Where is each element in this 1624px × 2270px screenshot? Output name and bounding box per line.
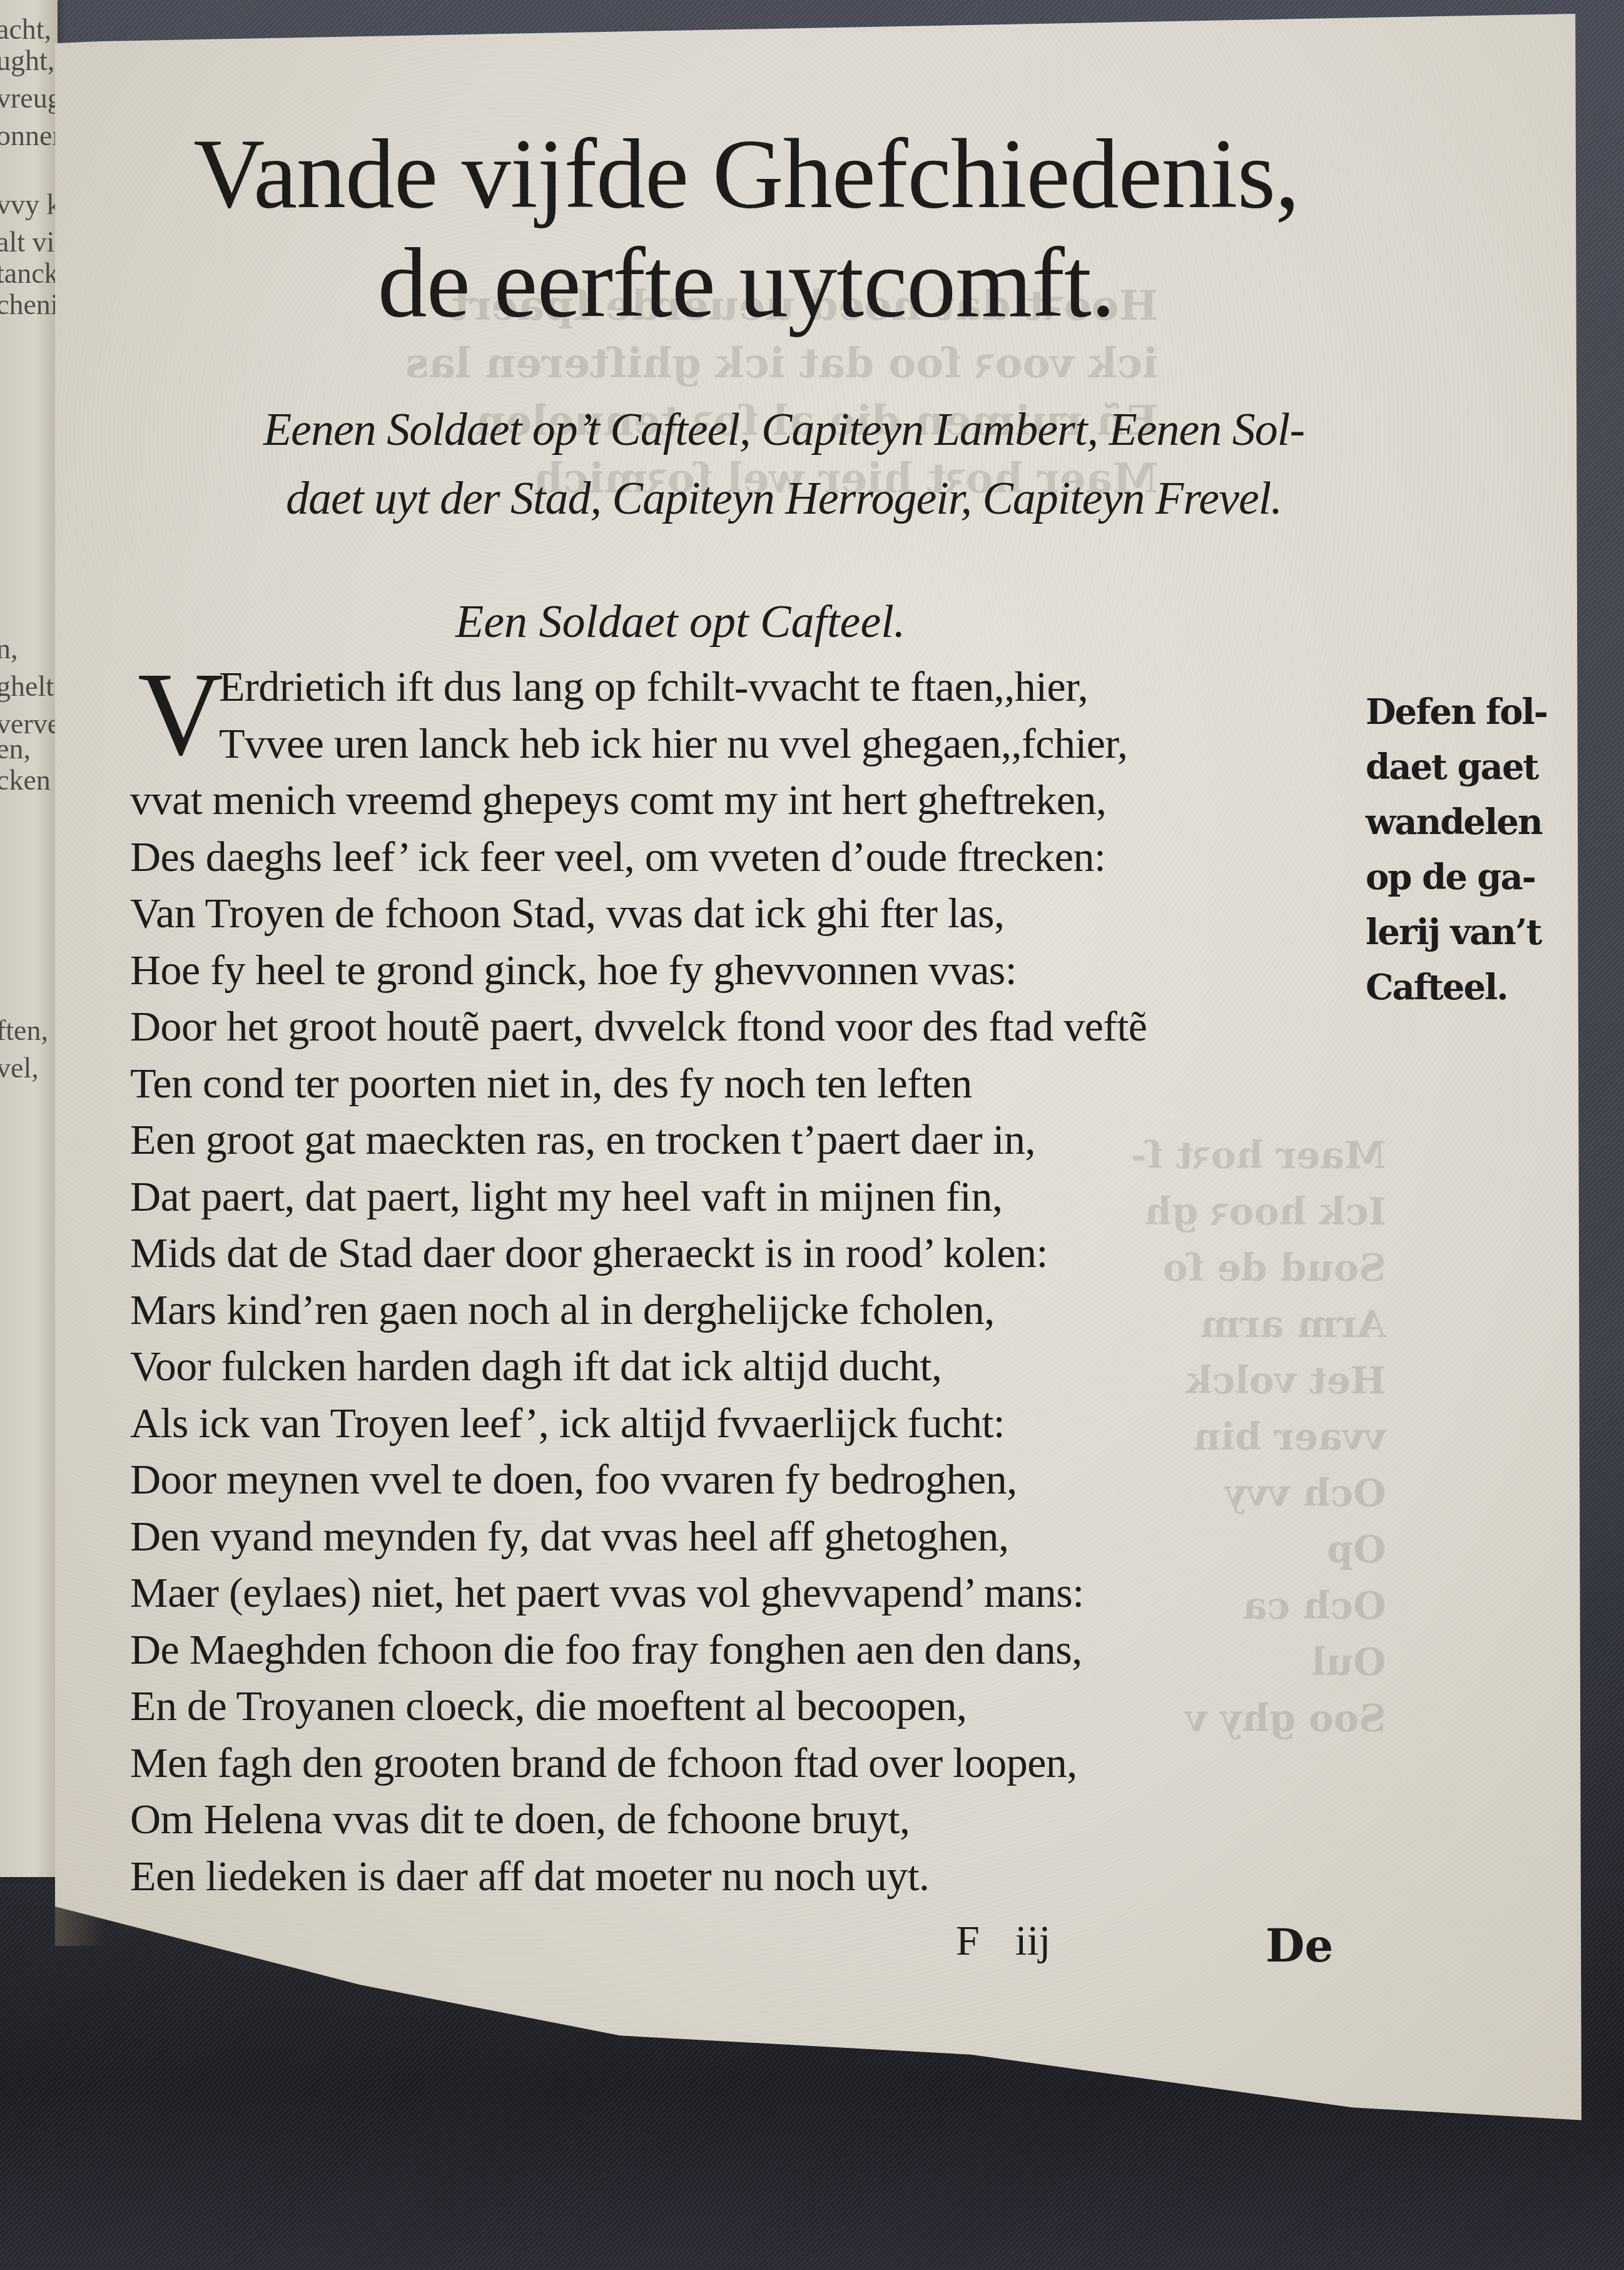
verse-line: Mids dat de Stad daer door gheraeckt is … bbox=[130, 1224, 1356, 1281]
adjacent-page-text-fragment: n, bbox=[0, 632, 18, 665]
chapter-title: Vande vijfde Ghefchiedenis, de eerfte uy… bbox=[168, 120, 1325, 338]
adjacent-page-text-fragment: vvy ko bbox=[0, 188, 58, 221]
adjacent-page-text-fragment: en, bbox=[0, 732, 31, 765]
speaker-heading: Een Soldaet opt Cafteel. bbox=[455, 596, 905, 649]
verse-line: Den vyand meynden fy, dat vvas heel aff … bbox=[130, 1508, 1356, 1565]
title-line-1: Vande vijfde Ghefchiedenis, bbox=[168, 120, 1325, 229]
adjacent-page-text-fragment: tanck, bbox=[0, 257, 58, 290]
verse-line: Des daeghs leef’ ick feer veel, om vvete… bbox=[130, 828, 1356, 885]
adjacent-page-text-fragment: vreught bbox=[0, 81, 58, 115]
marginal-line: op de ga- bbox=[1366, 850, 1553, 905]
verse-line: Een groot gat maeckten ras, en trocken t… bbox=[130, 1111, 1356, 1168]
verse-line: Tvvee uren lanck heb ick hier nu vvel gh… bbox=[130, 715, 1356, 772]
marginal-line: wandelen bbox=[1366, 795, 1553, 850]
adjacent-page-text-fragment: vel, bbox=[0, 1051, 39, 1084]
verse-line: Als ick van Troyen leef’, ick altijd fvv… bbox=[130, 1395, 1356, 1452]
verse-block: V Erdrietich ift dus lang op fchilt-vvac… bbox=[130, 658, 1356, 1904]
signature-mark: F iij bbox=[956, 1916, 1051, 1965]
verse-line: Door meynen vvel te doen, foo vvaren fy … bbox=[130, 1451, 1356, 1508]
drop-cap: V bbox=[138, 664, 223, 765]
adjacent-page-text-fragment: chenis bbox=[0, 288, 58, 321]
adjacent-page-text-fragment: ghelt bbox=[0, 669, 54, 703]
verse-line: Door het groot houtẽ paert, dvvelck fton… bbox=[130, 998, 1356, 1055]
verse-line: Mars kind’ren gaen noch al in derghelijc… bbox=[130, 1281, 1356, 1338]
verse-line: Dat paert, dat paert, light my heel vaft… bbox=[130, 1168, 1356, 1225]
verse-line: Erdrietich ift dus lang op fchilt-vvacht… bbox=[130, 658, 1356, 715]
adjacent-page-text-fragment: ught, bbox=[0, 44, 54, 77]
dramatis-personae: Eenen Soldaet op’t Cafteel, Capiteyn Lam… bbox=[196, 395, 1372, 533]
verse-line: Maer (eylaes) niet, het paert vvas vol g… bbox=[130, 1564, 1356, 1621]
verse-line: En de Troyanen cloeck, die moeftent al b… bbox=[130, 1677, 1356, 1734]
verse-line: De Maeghden fchoon die foo fray fonghen … bbox=[130, 1621, 1356, 1678]
book-page: Hooꝛt dat hoed ueuerde ſpaertick vooꝛ ſo… bbox=[55, 14, 1581, 2129]
adjacent-page-text-fragment: ften, bbox=[0, 1014, 48, 1047]
verse-line: Hoe fy heel te grond ginck, hoe fy ghevv… bbox=[130, 942, 1356, 999]
verse-line: Men fagh den grooten brand de fchoon fta… bbox=[130, 1734, 1356, 1791]
verse-line: Een liedeken is daer aff dat moeter nu n… bbox=[130, 1848, 1356, 1905]
adjacent-page-text-fragment: onnen, bbox=[0, 119, 58, 152]
marginal-line: Defen fol- bbox=[1366, 685, 1553, 740]
dramatis-line-2: daet uyt der Stad, Capiteyn Herrogeir, C… bbox=[196, 464, 1372, 533]
verse-line: Ten cond ter poorten niet in, des fy noc… bbox=[130, 1055, 1356, 1112]
verse-line: vvat menich vreemd ghepeys comt my int h… bbox=[130, 771, 1356, 828]
verse-line: Van Troyen de fchoon Stad, vvas dat ick … bbox=[130, 885, 1356, 942]
marginal-note: Defen fol- daet gaet wandelen op de ga- … bbox=[1366, 685, 1553, 1015]
adjacent-page-text-fragment: acht, bbox=[0, 13, 51, 46]
title-line-2: de eerfte uytcomft. bbox=[168, 229, 1325, 338]
verse-line: Om Helena vvas dit te doen, de fchoone b… bbox=[130, 1791, 1356, 1848]
adjacent-page-edge: acht,ught,vreughtonnen,vvy koalt vitanck… bbox=[0, 0, 58, 1877]
adjacent-page-text-fragment: alt vi bbox=[0, 225, 54, 258]
dramatis-line-1: Eenen Soldaet op’t Cafteel, Capiteyn Lam… bbox=[196, 395, 1372, 464]
verse-line: Voor fulcken harden dagh ift dat ick alt… bbox=[130, 1338, 1356, 1395]
marginal-line: lerij van’t bbox=[1366, 905, 1553, 960]
catchword: De bbox=[1266, 1919, 1333, 1972]
adjacent-page-text-fragment: cken bbox=[0, 763, 51, 797]
marginal-line: Cafteel. bbox=[1366, 960, 1553, 1015]
marginal-line: daet gaet bbox=[1366, 740, 1553, 795]
